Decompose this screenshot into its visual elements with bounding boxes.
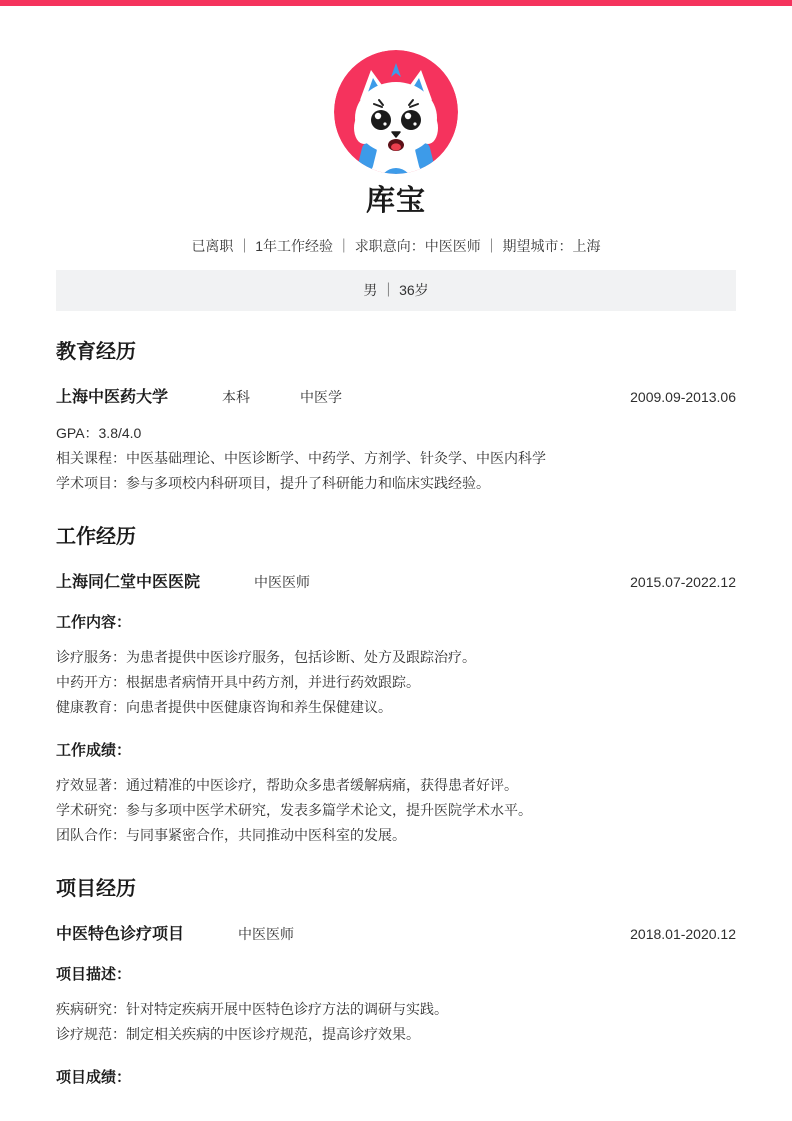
school-name: 上海中医药大学	[56, 384, 168, 407]
work-date-range: 2015.07-2022.12	[630, 574, 736, 590]
work-line: 健康教育：向患者提供中医健康咨询和养生保健建议。	[56, 695, 736, 720]
project-achievement-label: 项目成绩：	[56, 1069, 736, 1086]
project-description-lines: 疾病研究：针对特定疾病开展中医特色诊疗方法的调研与实践。 诊疗规范：制定相关疾病…	[56, 997, 736, 1047]
work-achievement-lines: 疗效显著：通过精准的中医诊疗，帮助众多患者缓解病痛，获得患者好评。 学术研究：参…	[56, 773, 736, 848]
basic-info-bar: 男 ｜ 36岁	[56, 270, 736, 311]
candidate-summary: 已离职 ｜ 1年工作经验 ｜ 求职意向：中医医师 ｜ 期望城市：上海	[0, 238, 792, 254]
education-line: 学术项目：参与多项校内科研项目，提升了科研能力和临床实践经验。	[56, 471, 736, 496]
company-name: 上海同仁堂中医医院	[56, 569, 200, 592]
project-line: 诊疗规范：制定相关疾病的中医诊疗规范，提高诊疗效果。	[56, 1022, 736, 1047]
work-achievement-label: 工作成绩：	[56, 742, 736, 759]
section-education: 教育经历 上海中医药大学 本科 中医学 2009.09-2013.06 GPA：…	[56, 341, 736, 496]
work-line: 诊疗服务：为患者提供中医诊疗服务，包括诊断、处方及跟踪治疗。	[56, 645, 736, 670]
project-date-range: 2018.01-2020.12	[630, 926, 736, 942]
education-details: GPA：3.8/4.0 相关课程：中医基础理论、中医诊断学、中药学、方剂学、针灸…	[56, 421, 736, 496]
project-description-label: 项目描述：	[56, 966, 736, 983]
project-name: 中医特色诊疗项目	[56, 921, 184, 944]
work-line: 中药开方：根据患者病情开具中药方剂，并进行药效跟踪。	[56, 670, 736, 695]
major: 中医学	[300, 387, 342, 407]
work-content-label: 工作内容：	[56, 614, 736, 631]
work-content-lines: 诊疗服务：为患者提供中医诊疗服务，包括诊断、处方及跟踪治疗。 中药开方：根据患者…	[56, 645, 736, 720]
avatar	[334, 50, 458, 174]
candidate-name: 库宝	[0, 184, 792, 218]
work-line: 学术研究：参与多项中医学术研究，发表多篇学术论文，提升医院学术水平。	[56, 798, 736, 823]
resume-content: 教育经历 上海中医药大学 本科 中医学 2009.09-2013.06 GPA：…	[0, 341, 792, 1086]
project-role: 中医医师	[238, 924, 294, 944]
section-work: 工作经历 上海同仁堂中医医院 中医医师 2015.07-2022.12 工作内容…	[56, 526, 736, 848]
section-title: 教育经历	[56, 341, 736, 364]
job-title: 中医医师	[254, 572, 310, 592]
education-line: GPA：3.8/4.0	[56, 421, 736, 446]
degree: 本科	[222, 387, 250, 407]
education-date-range: 2009.09-2013.06	[630, 389, 736, 405]
education-line: 相关课程：中医基础理论、中医诊断学、中药学、方剂学、针灸学、中医内科学	[56, 446, 736, 471]
top-accent-bar	[0, 0, 792, 6]
work-entry-header: 上海同仁堂中医医院 中医医师 2015.07-2022.12	[56, 569, 736, 592]
education-entry-header: 上海中医药大学 本科 中医学 2009.09-2013.06	[56, 384, 736, 407]
work-line: 团队合作：与同事紧密合作，共同推动中医科室的发展。	[56, 823, 736, 848]
section-projects: 项目经历 中医特色诊疗项目 中医医师 2018.01-2020.12 项目描述：…	[56, 878, 736, 1086]
project-entry-header: 中医特色诊疗项目 中医医师 2018.01-2020.12	[56, 921, 736, 944]
section-title: 项目经历	[56, 878, 736, 901]
section-title: 工作经历	[56, 526, 736, 549]
work-line: 疗效显著：通过精准的中医诊疗，帮助众多患者缓解病痛，获得患者好评。	[56, 773, 736, 798]
cat-mascot-icon	[334, 50, 458, 174]
resume-page: 库宝 已离职 ｜ 1年工作经验 ｜ 求职意向：中医医师 ｜ 期望城市：上海 男 …	[0, 0, 792, 1121]
project-line: 疾病研究：针对特定疾病开展中医特色诊疗方法的调研与实践。	[56, 997, 736, 1022]
